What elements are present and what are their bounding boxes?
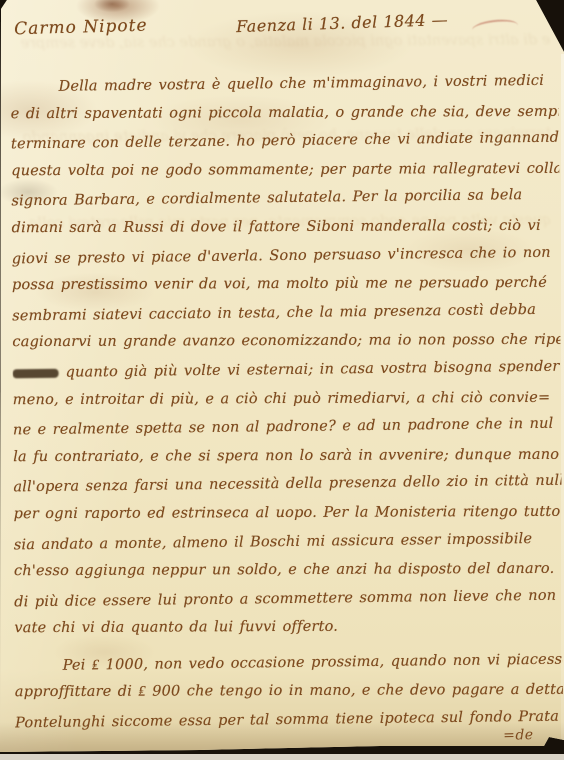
handwritten-line: possa prestissimo venir da voi, ma molto… xyxy=(12,269,560,300)
letter-paper: e di altri spaventati ogni piccola malat… xyxy=(0,0,564,760)
handwritten-line: approffittare di ₤ 900 che tengo io in m… xyxy=(15,676,563,707)
handwritten-line: Della madre vostra è quello che m'immagi… xyxy=(10,67,558,102)
scanned-letter-photo: e di altri spaventati ogni piccola malat… xyxy=(0,0,564,760)
handwritten-line: signora Barbara, e cordialmente salutate… xyxy=(11,181,559,216)
handwritten-line: vate chi vi dia quanto da lui fuvvi offe… xyxy=(14,612,562,643)
handwritten-line: ch'esso aggiunga neppur un soldo, e che … xyxy=(14,555,562,586)
bleedthrough-layer: e di altri spaventati ogni piccola malat… xyxy=(0,0,564,2)
handwritten-line: terminare con delle terzane. ho però pia… xyxy=(11,124,559,159)
handwritten-line: ne e realmente spetta se non al padrone?… xyxy=(13,410,561,445)
letter-body: Della madre vostra è quello che m'immagi… xyxy=(10,68,563,736)
handwritten-line: dimani sarà a Russi di dove il fattore S… xyxy=(12,212,560,243)
salutation: Carmo Nipote xyxy=(14,16,148,40)
dateline: Faenza li 13. del 1844 — xyxy=(236,10,448,36)
handwritten-line: sia andato a monte, almeno il Boschi mi … xyxy=(14,524,562,559)
handwritten-line: per ogni raporto ed estrinseca al uopo. … xyxy=(14,498,562,529)
catchword: =de xyxy=(503,727,534,744)
handwritten-line: quanto già più volte vi esternai; in cas… xyxy=(12,353,560,388)
handwritten-line: cagionarvi un grande avanzo economizzand… xyxy=(12,326,560,357)
handwritten-line: Pontelunghi siccome essa per tal somma t… xyxy=(15,703,563,738)
scan-bottom-strip xyxy=(0,754,564,760)
letter-content: e di altri spaventati ogni piccola malat… xyxy=(0,0,564,760)
handwritten-line: all'opera senza farsi una necessità dell… xyxy=(13,467,561,502)
